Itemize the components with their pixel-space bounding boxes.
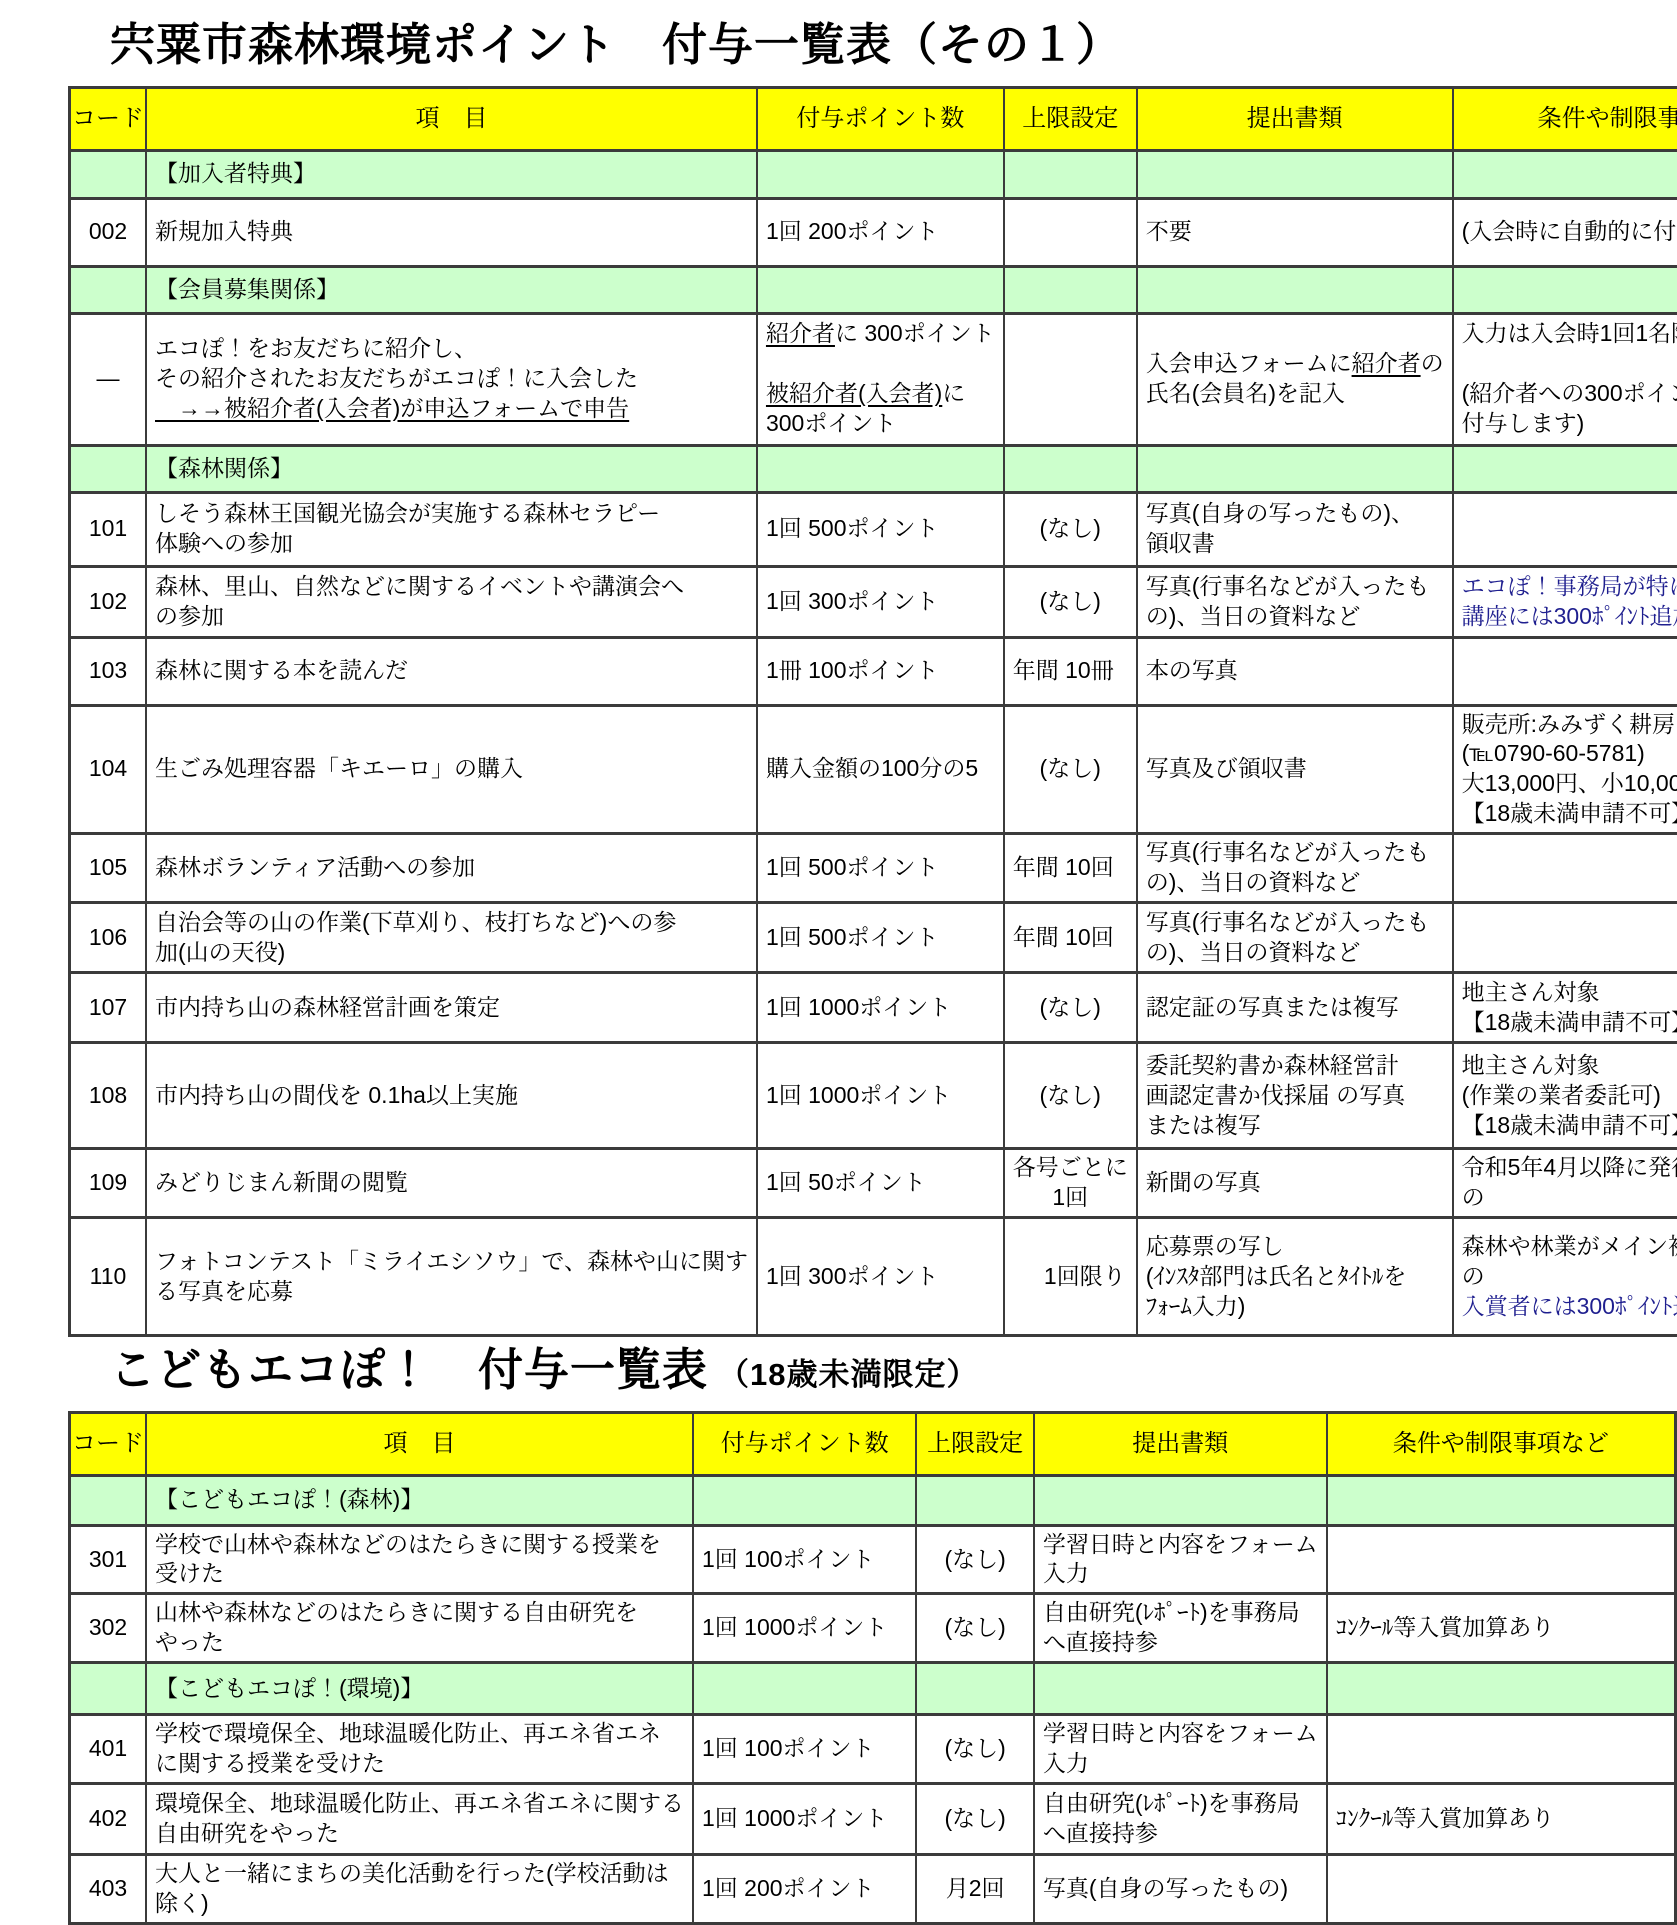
cell-item: エコぽ！をお友だちに紹介し、その紹介されたお友だちがエコぽ！に入会した →→被紹… bbox=[146, 313, 757, 445]
cell-points: 1回 100ポイント bbox=[693, 1715, 916, 1784]
cell-points: 紹介者に 300ポイント 被紹介者(入会者)に300ポイント bbox=[757, 313, 1004, 445]
cell-line: る写真を応募 bbox=[155, 1277, 748, 1307]
cell-code: 110 bbox=[70, 1218, 147, 1336]
cell-notes: 令和5年4月以降に発行されたもの bbox=[1453, 1149, 1677, 1218]
cell-docs: 写真及び領収書 bbox=[1137, 705, 1453, 834]
column-header: 上限設定 bbox=[916, 1412, 1033, 1475]
text-segment: →→被紹介者(入会者)が申込フォームで申告 bbox=[155, 395, 629, 421]
cell-line: 学校で環境保全、地球温暖化防止、再エネ省エネ bbox=[155, 1719, 684, 1749]
text-segment: 被紹介者(入会者) bbox=[766, 380, 942, 406]
cell-notes: 地主さん対象【18歳未満申請不可】 bbox=[1453, 973, 1677, 1043]
cell-notes: 入力は入会時1回1名限り (紹介者への300ポイントは事務局で付与します) bbox=[1453, 313, 1677, 445]
cell-docs: 写真(自身の写ったもの)、領収書 bbox=[1137, 492, 1453, 566]
table-row: 106自治会等の山の作業(下草刈り、枝打ちなど)への参加(山の天役)1回 500… bbox=[70, 903, 1677, 973]
cell-line: 自由研究(ﾚﾎﾟｰﾄ)を事務局 bbox=[1043, 1789, 1318, 1819]
cell-line: 令和5年4月以降に発行されたも bbox=[1462, 1153, 1677, 1183]
cell-code: 108 bbox=[70, 1043, 147, 1149]
cell-line: (紹介者への300ポイントは事務局で bbox=[1462, 379, 1677, 409]
cell-code: 102 bbox=[70, 566, 147, 637]
cell-line: の)、当日の資料など bbox=[1146, 602, 1444, 632]
table-row: 103森林に関する本を読んだ1冊 100ポイント年間 10冊本の写真 bbox=[70, 637, 1677, 705]
cell-notes: ｺﾝｸｰﾙ等入賞加算あり bbox=[1327, 1594, 1676, 1663]
column-header: 提出書類 bbox=[1034, 1412, 1327, 1475]
points-table: コード項 目付与ポイント数上限設定提出書類条件や制限事項など【こどもエコぽ！(森… bbox=[68, 1411, 1677, 1925]
section-empty-cell bbox=[70, 1475, 147, 1525]
cell-item: 自治会等の山の作業(下草刈り、枝打ちなど)への参加(山の天役) bbox=[146, 903, 757, 973]
cell-docs: 学習日時と内容をフォーム入力 bbox=[1034, 1525, 1327, 1594]
cell-item: みどりじまん新聞の閲覧 bbox=[146, 1149, 757, 1218]
cell-line: →→被紹介者(入会者)が申込フォームで申告 bbox=[155, 394, 748, 424]
cell-item: 環境保全、地球温暖化防止、再エネ省エネに関する自由研究をやった bbox=[146, 1783, 693, 1854]
cell-notes bbox=[1453, 492, 1677, 566]
cell-line: 応募票の写し bbox=[1146, 1232, 1444, 1262]
section-empty-cell bbox=[1004, 150, 1137, 198]
section-row: 【森林関係】 bbox=[70, 445, 1677, 492]
header-row: コード項 目付与ポイント数上限設定提出書類条件や制限事項など bbox=[70, 1412, 1676, 1475]
cell-line: に関する授業を受けた bbox=[155, 1749, 684, 1779]
cell-line: 学校で山林や森林などのはたらきに関する授業を bbox=[155, 1530, 684, 1560]
cell-limit: (なし) bbox=[916, 1783, 1033, 1854]
cell-line: エコぽ！をお友だちに紹介し、 bbox=[155, 334, 748, 364]
cell-code: 301 bbox=[70, 1525, 147, 1594]
cell-line: 自治会等の山の作業(下草刈り、枝打ちなど)への参 bbox=[155, 908, 748, 938]
cell-points: 1回 1000ポイント bbox=[757, 973, 1004, 1043]
cell-line: 除く) bbox=[155, 1889, 684, 1919]
cell-code: 104 bbox=[70, 705, 147, 834]
cell-code: 002 bbox=[70, 198, 147, 266]
cell-item: 新規加入特典 bbox=[146, 198, 757, 266]
cell-line: 山林や森林などのはたらきに関する自由研究を bbox=[155, 1598, 684, 1628]
cell-notes bbox=[1453, 903, 1677, 973]
cell-line bbox=[766, 349, 995, 379]
cell-points: 1回 200ポイント bbox=[757, 198, 1004, 266]
cell-line: 写真(自身の写ったもの)、 bbox=[1146, 499, 1444, 529]
doc-title-text: こどもエコぽ！ 付与一覧表 bbox=[110, 1344, 708, 1395]
column-header: 提出書類 bbox=[1137, 87, 1453, 150]
cell-points: 1回 50ポイント bbox=[757, 1149, 1004, 1218]
cell-limit: 年間 10冊 bbox=[1004, 637, 1137, 705]
table-row: ―エコぽ！をお友だちに紹介し、その紹介されたお友だちがエコぽ！に入会した →→被… bbox=[70, 313, 1677, 445]
section-empty-cell bbox=[916, 1475, 1033, 1525]
table-row: 101しそう森林王国観光協会が実施する森林セラピー体験への参加1回 500ポイン… bbox=[70, 492, 1677, 566]
cell-line: 学習日時と内容をフォーム bbox=[1043, 1530, 1318, 1560]
table-row: 301学校で山林や森林などのはたらきに関する授業を受けた1回 100ポイント(な… bbox=[70, 1525, 1676, 1594]
section-row: 【会員募集関係】 bbox=[70, 266, 1677, 313]
cell-points: 1回 100ポイント bbox=[693, 1525, 916, 1594]
cell-line: フォトコンテスト「ミライエシソウ」で、森林や山に関す bbox=[155, 1247, 748, 1277]
table-row: 104生ごみ処理容器「キエーロ」の購入購入金額の100分の5(なし)写真及び領収… bbox=[70, 705, 1677, 834]
cell-line: 領収書 bbox=[1146, 529, 1444, 559]
cell-points: 1回 1000ポイント bbox=[693, 1783, 916, 1854]
cell-item: しそう森林王国観光協会が実施する森林セラピー体験への参加 bbox=[146, 492, 757, 566]
cell-line: (作業の業者委託可) bbox=[1462, 1081, 1677, 1111]
text-segment: 入会申込フォームに bbox=[1146, 350, 1352, 376]
cell-line: 各号ごとに bbox=[1013, 1153, 1128, 1183]
text-segment: 紹介者 bbox=[766, 320, 835, 346]
cell-docs: 学習日時と内容をフォーム入力 bbox=[1034, 1715, 1327, 1784]
text-segment: に bbox=[942, 380, 965, 406]
cell-line: 画認定書か伐採届 の写真 bbox=[1146, 1081, 1444, 1111]
cell-line: 環境保全、地球温暖化防止、再エネ省エネに関する bbox=[155, 1789, 684, 1819]
cell-item: 大人と一緒にまちの美化活動を行った(学校活動は除く) bbox=[146, 1854, 693, 1923]
cell-code: 302 bbox=[70, 1594, 147, 1663]
cell-line: の bbox=[1462, 1262, 1677, 1292]
cell-line: 加(山の天役) bbox=[155, 938, 748, 968]
cell-points: 1回 500ポイント bbox=[757, 903, 1004, 973]
column-header: 条件や制限事項など bbox=[1453, 87, 1677, 150]
cell-points: 1冊 100ポイント bbox=[757, 637, 1004, 705]
column-header: 付与ポイント数 bbox=[693, 1412, 916, 1475]
cell-item: 森林ボランティア活動への参加 bbox=[146, 834, 757, 903]
cell-limit: (なし) bbox=[1004, 492, 1137, 566]
column-header: 項 目 bbox=[146, 1412, 693, 1475]
section-label: 【森林関係】 bbox=[146, 445, 757, 492]
text-segment: 入賞者には300ﾎﾟｲﾝﾄ追加 bbox=[1462, 1293, 1677, 1319]
section-empty-cell bbox=[757, 150, 1004, 198]
section-empty-cell bbox=[1453, 445, 1677, 492]
cell-line: 学習日時と内容をフォーム bbox=[1043, 1719, 1318, 1749]
cell-line: 森林、里山、自然などに関するイベントや講演会へ bbox=[155, 572, 748, 602]
section-empty-cell bbox=[70, 1663, 147, 1715]
cell-code: ― bbox=[70, 313, 147, 445]
section-row: 【加入者特典】 bbox=[70, 150, 1677, 198]
cell-docs: 新聞の写真 bbox=[1137, 1149, 1453, 1218]
cell-code: 101 bbox=[70, 492, 147, 566]
cell-notes: 地主さん対象(作業の業者委託可)【18歳未満申請不可】 bbox=[1453, 1043, 1677, 1149]
doc-title-subtext: （18歳未満限定） bbox=[718, 1357, 978, 1392]
cell-line: 氏名(会員名)を記入 bbox=[1146, 379, 1444, 409]
text-segment: に 300ポイント bbox=[835, 320, 995, 346]
cell-line: 入力 bbox=[1043, 1559, 1318, 1589]
cell-item: フォトコンテスト「ミライエシソウ」で、森林や山に関する写真を応募 bbox=[146, 1218, 757, 1336]
cell-item: 生ごみ処理容器「キエーロ」の購入 bbox=[146, 705, 757, 834]
cell-line: の)、当日の資料など bbox=[1146, 938, 1444, 968]
cell-item: 学校で山林や森林などのはたらきに関する授業を受けた bbox=[146, 1525, 693, 1594]
text-segment: 講座には300ﾎﾟｲﾝﾄ追加 bbox=[1462, 603, 1677, 629]
cell-line: 講座には300ﾎﾟｲﾝﾄ追加 bbox=[1462, 602, 1677, 632]
table-row: 002新規加入特典1回 200ポイント不要(入会時に自動的に付与されます) bbox=[70, 198, 1677, 266]
cell-notes: 森林や林業がメイン被写体のもの入賞者には300ﾎﾟｲﾝﾄ追加 bbox=[1453, 1218, 1677, 1336]
cell-line: エコぽ！事務局が特に指定した bbox=[1462, 572, 1677, 602]
cell-line bbox=[1462, 349, 1677, 379]
cell-line: やった bbox=[155, 1628, 684, 1658]
cell-docs: 写真(行事名などが入ったもの)、当日の資料など bbox=[1137, 566, 1453, 637]
cell-line: ﾌｫｰﾑ入力) bbox=[1146, 1292, 1444, 1322]
cell-line: 入力 bbox=[1043, 1749, 1318, 1779]
doc-title-text: 宍粟市森林環境ポイント 付与一覧表（その１） bbox=[110, 19, 1122, 70]
table-row: 102森林、里山、自然などに関するイベントや講演会への参加1回 300ポイント(… bbox=[70, 566, 1677, 637]
cell-notes bbox=[1327, 1525, 1676, 1594]
cell-limit: 各号ごとに1回 bbox=[1004, 1149, 1137, 1218]
cell-line: (ｲﾝｽﾀ部門は氏名とﾀｲﾄﾙを bbox=[1146, 1262, 1444, 1292]
section-empty-cell bbox=[1327, 1663, 1676, 1715]
cell-line: へ直接持参 bbox=[1043, 1819, 1318, 1849]
column-header: 付与ポイント数 bbox=[757, 87, 1004, 150]
cell-limit bbox=[1004, 198, 1137, 266]
section-empty-cell bbox=[1137, 150, 1453, 198]
table-row: 109みどりじまん新聞の閲覧1回 50ポイント各号ごとに1回新聞の写真令和5年4… bbox=[70, 1149, 1677, 1218]
section-empty-cell bbox=[1453, 150, 1677, 198]
cell-docs: 本の写真 bbox=[1137, 637, 1453, 705]
text-segment: エコぽ！事務局が特に指定した bbox=[1462, 573, 1677, 599]
table-row: 402環境保全、地球温暖化防止、再エネ省エネに関する自由研究をやった1回 100… bbox=[70, 1783, 1676, 1854]
section-empty-cell bbox=[1034, 1663, 1327, 1715]
cell-code: 109 bbox=[70, 1149, 147, 1218]
cell-code: 106 bbox=[70, 903, 147, 973]
cell-docs: 入会申込フォームに紹介者の氏名(会員名)を記入 bbox=[1137, 313, 1453, 445]
table-row: 105森林ボランティア活動への参加1回 500ポイント年間 10回写真(行事名な… bbox=[70, 834, 1677, 903]
section-label: 【こどもエコぽ！(環境)】 bbox=[146, 1663, 693, 1715]
cell-limit: 1回限り bbox=[1004, 1218, 1137, 1336]
cell-docs: 写真(自身の写ったもの) bbox=[1034, 1854, 1327, 1923]
section-empty-cell bbox=[70, 445, 147, 492]
section-row: 【こどもエコぽ！(環境)】 bbox=[70, 1663, 1676, 1715]
cell-line: の参加 bbox=[155, 602, 748, 632]
cell-limit: (なし) bbox=[916, 1594, 1033, 1663]
cell-docs: 写真(行事名などが入ったもの)、当日の資料など bbox=[1137, 834, 1453, 903]
cell-notes bbox=[1453, 834, 1677, 903]
cell-docs: 自由研究(ﾚﾎﾟｰﾄ)を事務局へ直接持参 bbox=[1034, 1783, 1327, 1854]
cell-points: 1回 300ポイント bbox=[757, 566, 1004, 637]
doc-title: こどもエコぽ！ 付与一覧表（18歳未満限定） bbox=[110, 1345, 1677, 1395]
column-header: 条件や制限事項など bbox=[1327, 1412, 1676, 1475]
column-header: 項 目 bbox=[146, 87, 757, 150]
cell-points: 1回 200ポイント bbox=[693, 1854, 916, 1923]
cell-code: 105 bbox=[70, 834, 147, 903]
cell-line: 【18歳未満申請不可】 bbox=[1462, 799, 1677, 829]
cell-line: 受けた bbox=[155, 1559, 684, 1589]
section-empty-cell bbox=[70, 150, 147, 198]
cell-limit: (なし) bbox=[916, 1715, 1033, 1784]
table-row: 107市内持ち山の森林経営計画を策定1回 1000ポイント(なし)認定証の写真ま… bbox=[70, 973, 1677, 1043]
cell-limit bbox=[1004, 313, 1137, 445]
cell-line: 森林や林業がメイン被写体のも bbox=[1462, 1232, 1677, 1262]
cell-line: 委託契約書か森林経営計 bbox=[1146, 1051, 1444, 1081]
section-empty-cell bbox=[1137, 266, 1453, 313]
cell-notes bbox=[1327, 1854, 1676, 1923]
cell-docs: 委託契約書か森林経営計画認定書か伐採届 の写真または複写 bbox=[1137, 1043, 1453, 1149]
cell-limit: (なし) bbox=[916, 1525, 1033, 1594]
column-header: 上限設定 bbox=[1004, 87, 1137, 150]
cell-docs: 不要 bbox=[1137, 198, 1453, 266]
cell-line: へ直接持参 bbox=[1043, 1628, 1318, 1658]
cell-item: 市内持ち山の森林経営計画を策定 bbox=[146, 973, 757, 1043]
cell-docs: 自由研究(ﾚﾎﾟｰﾄ)を事務局へ直接持参 bbox=[1034, 1594, 1327, 1663]
table-row: 108市内持ち山の間伐を 0.1ha以上実施1回 1000ポイント(なし)委託契… bbox=[70, 1043, 1677, 1149]
cell-line: 地主さん対象 bbox=[1462, 978, 1677, 1008]
cell-notes bbox=[1327, 1715, 1676, 1784]
table-row: 403大人と一緒にまちの美化活動を行った(学校活動は除く)1回 200ポイント月… bbox=[70, 1854, 1676, 1923]
cell-line: 販売所:みみずく耕房 bbox=[1462, 710, 1677, 740]
cell-line: 付与します) bbox=[1462, 409, 1677, 439]
cell-line: 入力は入会時1回1名限り bbox=[1462, 319, 1677, 349]
cell-line: または複写 bbox=[1146, 1111, 1444, 1141]
cell-line: 紹介者に 300ポイント bbox=[766, 319, 995, 349]
text-segment: 紹介者 bbox=[1352, 350, 1421, 376]
cell-line: 写真(行事名などが入ったも bbox=[1146, 838, 1444, 868]
cell-line: 1回 bbox=[1013, 1183, 1128, 1213]
cell-code: 403 bbox=[70, 1854, 147, 1923]
table-row: 302山林や森林などのはたらきに関する自由研究をやった1回 1000ポイント(な… bbox=[70, 1594, 1676, 1663]
cell-code: 103 bbox=[70, 637, 147, 705]
cell-notes: エコぽ！事務局が特に指定した講座には300ﾎﾟｲﾝﾄ追加 bbox=[1453, 566, 1677, 637]
header-row: コード項 目付与ポイント数上限設定提出書類条件や制限事項など bbox=[70, 87, 1677, 150]
cell-line: 自由研究をやった bbox=[155, 1819, 684, 1849]
cell-limit: 年間 10回 bbox=[1004, 834, 1137, 903]
section-empty-cell bbox=[916, 1663, 1033, 1715]
cell-item: 山林や森林などのはたらきに関する自由研究をやった bbox=[146, 1594, 693, 1663]
cell-item: 学校で環境保全、地球温暖化防止、再エネ省エネに関する授業を受けた bbox=[146, 1715, 693, 1784]
section-empty-cell bbox=[1137, 445, 1453, 492]
section-empty-cell bbox=[1004, 445, 1137, 492]
cell-points: 購入金額の100分の5 bbox=[757, 705, 1004, 834]
cell-code: 402 bbox=[70, 1783, 147, 1854]
cell-line: 写真(行事名などが入ったも bbox=[1146, 572, 1444, 602]
text-segment: の bbox=[1421, 350, 1444, 376]
cell-limit: (なし) bbox=[1004, 1043, 1137, 1149]
cell-item: 森林、里山、自然などに関するイベントや講演会への参加 bbox=[146, 566, 757, 637]
cell-notes: (入会時に自動的に付与されます) bbox=[1453, 198, 1677, 266]
cell-line: しそう森林王国観光協会が実施する森林セラピー bbox=[155, 499, 748, 529]
cell-limit: (なし) bbox=[1004, 973, 1137, 1043]
cell-points: 1回 500ポイント bbox=[757, 492, 1004, 566]
section-label: 【こどもエコぽ！(森林)】 bbox=[146, 1475, 693, 1525]
cell-line: 写真(行事名などが入ったも bbox=[1146, 908, 1444, 938]
cell-notes bbox=[1453, 637, 1677, 705]
cell-limit: (なし) bbox=[1004, 705, 1137, 834]
cell-limit: 月2回 bbox=[916, 1854, 1033, 1923]
section-empty-cell bbox=[70, 266, 147, 313]
section-label: 【加入者特典】 bbox=[146, 150, 757, 198]
section-label: 【会員募集関係】 bbox=[146, 266, 757, 313]
section-empty-cell bbox=[1453, 266, 1677, 313]
cell-line: 自由研究(ﾚﾎﾟｰﾄ)を事務局 bbox=[1043, 1598, 1318, 1628]
cell-docs: 写真(行事名などが入ったもの)、当日の資料など bbox=[1137, 903, 1453, 973]
page: 宍粟市森林環境ポイント 付与一覧表（その１）コード項 目付与ポイント数上限設定提… bbox=[0, 0, 1677, 1925]
cell-line: 大人と一緒にまちの美化活動を行った(学校活動は bbox=[155, 1859, 684, 1889]
cell-limit: 年間 10回 bbox=[1004, 903, 1137, 973]
section-empty-cell bbox=[693, 1475, 916, 1525]
cell-line: 体験への参加 bbox=[155, 529, 748, 559]
cell-line: 地主さん対象 bbox=[1462, 1051, 1677, 1081]
section-empty-cell bbox=[1034, 1475, 1327, 1525]
cell-line: 入賞者には300ﾎﾟｲﾝﾄ追加 bbox=[1462, 1292, 1677, 1322]
cell-docs: 応募票の写し(ｲﾝｽﾀ部門は氏名とﾀｲﾄﾙをﾌｫｰﾑ入力) bbox=[1137, 1218, 1453, 1336]
section-row: 【こどもエコぽ！(森林)】 bbox=[70, 1475, 1676, 1525]
column-header: コード bbox=[70, 87, 147, 150]
cell-notes: 販売所:みみずく耕房(℡0790-60-5781)大13,000円、小10,00… bbox=[1453, 705, 1677, 834]
table-row: 401学校で環境保全、地球温暖化防止、再エネ省エネに関する授業を受けた1回 10… bbox=[70, 1715, 1676, 1784]
cell-docs: 認定証の写真または複写 bbox=[1137, 973, 1453, 1043]
cell-line: 被紹介者(入会者)に bbox=[766, 379, 995, 409]
section-empty-cell bbox=[757, 445, 1004, 492]
cell-line: その紹介されたお友だちがエコぽ！に入会した bbox=[155, 364, 748, 394]
section-empty-cell bbox=[1327, 1475, 1676, 1525]
cell-points: 1回 1000ポイント bbox=[693, 1594, 916, 1663]
cell-code: 401 bbox=[70, 1715, 147, 1784]
tables-root: 宍粟市森林環境ポイント 付与一覧表（その１）コード項 目付与ポイント数上限設定提… bbox=[0, 20, 1677, 1925]
cell-line: (℡0790-60-5781) bbox=[1462, 739, 1677, 769]
cell-item: 森林に関する本を読んだ bbox=[146, 637, 757, 705]
cell-line: の bbox=[1462, 1183, 1677, 1213]
cell-line: 大13,000円、小10,000円 bbox=[1462, 769, 1677, 799]
section-empty-cell bbox=[757, 266, 1004, 313]
cell-line: 300ポイント bbox=[766, 409, 995, 439]
cell-item: 市内持ち山の間伐を 0.1ha以上実施 bbox=[146, 1043, 757, 1149]
cell-notes: ｺﾝｸｰﾙ等入賞加算あり bbox=[1327, 1783, 1676, 1854]
table-row: 110フォトコンテスト「ミライエシソウ」で、森林や山に関する写真を応募1回 30… bbox=[70, 1218, 1677, 1336]
cell-line: 入会申込フォームに紹介者の bbox=[1146, 349, 1444, 379]
points-table: コード項 目付与ポイント数上限設定提出書類条件や制限事項など【加入者特典】002… bbox=[68, 86, 1677, 1338]
cell-points: 1回 500ポイント bbox=[757, 834, 1004, 903]
section-empty-cell bbox=[693, 1663, 916, 1715]
cell-line: の)、当日の資料など bbox=[1146, 868, 1444, 898]
section-empty-cell bbox=[1004, 266, 1137, 313]
cell-line: 【18歳未満申請不可】 bbox=[1462, 1008, 1677, 1038]
column-header: コード bbox=[70, 1412, 147, 1475]
cell-points: 1回 300ポイント bbox=[757, 1218, 1004, 1336]
cell-limit: (なし) bbox=[1004, 566, 1137, 637]
cell-code: 107 bbox=[70, 973, 147, 1043]
doc-title: 宍粟市森林環境ポイント 付与一覧表（その１） bbox=[110, 20, 1677, 70]
cell-line: 【18歳未満申請不可】 bbox=[1462, 1111, 1677, 1141]
cell-points: 1回 1000ポイント bbox=[757, 1043, 1004, 1149]
